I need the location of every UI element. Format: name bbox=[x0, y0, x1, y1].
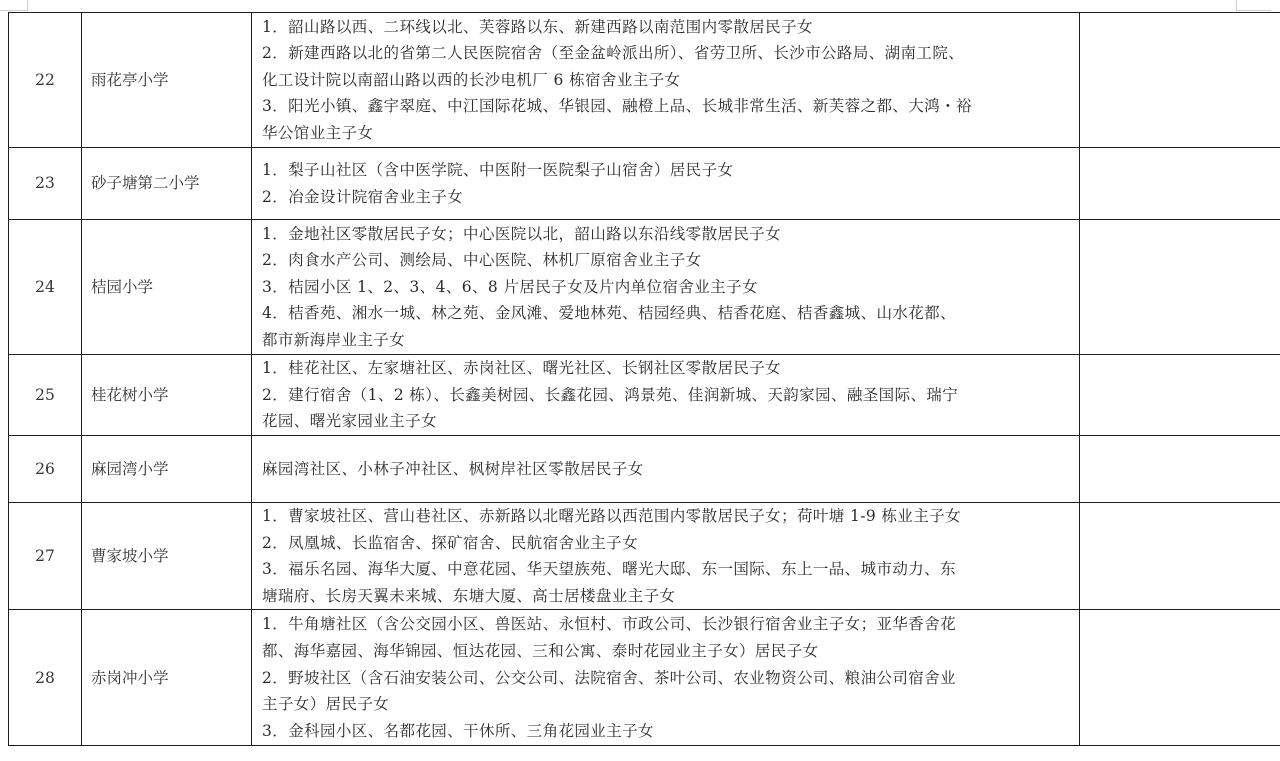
page-corner-mark-left bbox=[0, 0, 28, 11]
enrollment-area: 1．韶山路以西、二环线以北、芙蓉路以东、新建西路以南范围内零散居民子女 2．新建… bbox=[252, 13, 1080, 148]
table-row: 28 赤岗冲小学 1．牛角塘社区（含公交园小区、兽医站、永恒村、市政公司、长沙银… bbox=[9, 610, 1280, 746]
page-corner-mark-right bbox=[1236, 0, 1271, 11]
table-row: 27 曹家坡小学 1．曹家坡社区、营山巷社区、赤新路以北曙光路以西范围内零散居民… bbox=[9, 503, 1280, 610]
area-line: 3．福乐名园、海华大厦、中意花园、华天望族苑、曙光大邸、东一国际、东上一品、城市… bbox=[262, 556, 1073, 583]
area-line: 1．牛角塘社区（含公交园小区、兽医站、永恒村、市政公司、长沙银行宿舍业主子女；亚… bbox=[262, 611, 1073, 638]
area-line: 1．桂花社区、左家塘社区、赤岗社区、曙光社区、长钢社区零散居民子女 bbox=[262, 355, 1073, 382]
area-line: 2．肉食水产公司、测绘局、中心医院、林机厂原宿舍业主子女 bbox=[262, 247, 1073, 274]
school-name: 赤岗冲小学 bbox=[82, 610, 252, 746]
area-line: 2．野坡社区（含石油安装公司、公交公司、法院宿舍、茶叶公司、农业物资公司、粮油公… bbox=[262, 665, 1073, 692]
school-district-table: 22 雨花亭小学 1．韶山路以西、二环线以北、芙蓉路以东、新建西路以南范围内零散… bbox=[8, 12, 1280, 746]
enrollment-area: 麻园湾社区、小林子冲社区、枫树岸社区零散居民子女 bbox=[252, 436, 1080, 503]
row-number: 24 bbox=[9, 220, 82, 355]
area-line: 1．曹家坡社区、营山巷社区、赤新路以北曙光路以西范围内零散居民子女；荷叶塘 1-… bbox=[262, 503, 1073, 530]
area-line: 1．梨子山社区（含中医学院、中医附一医院梨子山宿舍）居民子女 bbox=[262, 157, 1073, 184]
row-number: 27 bbox=[9, 503, 82, 610]
area-line: 3．桔园小区 1、2、3、4、6、8 片居民子女及片内单位宿舍业主子女 bbox=[262, 274, 1073, 301]
area-line: 1．金地社区零散居民子女；中心医院以北，韶山路以东沿线零散居民子女 bbox=[262, 221, 1073, 248]
school-name: 麻园湾小学 bbox=[82, 436, 252, 503]
row-number: 26 bbox=[9, 436, 82, 503]
school-name: 桔园小学 bbox=[82, 220, 252, 355]
note-cell bbox=[1080, 503, 1280, 610]
enrollment-area: 1．曹家坡社区、营山巷社区、赤新路以北曙光路以西范围内零散居民子女；荷叶塘 1-… bbox=[252, 503, 1080, 610]
enrollment-area: 1．金地社区零散居民子女；中心医院以北，韶山路以东沿线零散居民子女 2．肉食水产… bbox=[252, 220, 1080, 355]
table-row: 25 桂花树小学 1．桂花社区、左家塘社区、赤岗社区、曙光社区、长钢社区零散居民… bbox=[9, 355, 1280, 436]
area-line: 主子女）居民子女 bbox=[262, 691, 1073, 718]
school-name: 曹家坡小学 bbox=[82, 503, 252, 610]
note-cell bbox=[1080, 220, 1280, 355]
note-cell bbox=[1080, 610, 1280, 746]
area-line: 3．阳光小镇、鑫宇翠庭、中江国际花城、华银园、融橙上品、长城非常生活、新芙蓉之都… bbox=[262, 93, 1073, 120]
area-line: 4．桔香苑、湘水一城、林之苑、金风滩、爱地林苑、桔园经典、桔香花庭、桔香鑫城、山… bbox=[262, 300, 1073, 327]
note-cell bbox=[1080, 436, 1280, 503]
table-row: 22 雨花亭小学 1．韶山路以西、二环线以北、芙蓉路以东、新建西路以南范围内零散… bbox=[9, 13, 1280, 148]
row-number: 25 bbox=[9, 355, 82, 436]
area-line: 3．金科园小区、名都花园、干休所、三角花园业主子女 bbox=[262, 718, 1073, 745]
note-cell bbox=[1080, 355, 1280, 436]
row-number: 22 bbox=[9, 13, 82, 148]
area-line: 2．冶金设计院宿舍业主子女 bbox=[262, 184, 1073, 211]
area-line: 1．韶山路以西、二环线以北、芙蓉路以东、新建西路以南范围内零散居民子女 bbox=[262, 14, 1073, 41]
row-number: 28 bbox=[9, 610, 82, 746]
area-line: 2．建行宿舍（1、2 栋）、长鑫美树园、长鑫花园、鸿景苑、佳润新城、天韵家园、融… bbox=[262, 382, 1073, 409]
school-name: 桂花树小学 bbox=[82, 355, 252, 436]
area-line: 都市新海岸业主子女 bbox=[262, 327, 1073, 354]
area-line: 华公馆业主子女 bbox=[262, 120, 1073, 147]
area-line: 塘瑞府、长房天翼未来城、东塘大厦、高士居楼盘业主子女 bbox=[262, 583, 1073, 610]
area-line: 都、海华嘉园、海华锦园、恒达花园、三和公寓、泰时花园业主子女）居民子女 bbox=[262, 638, 1073, 665]
table-row: 24 桔园小学 1．金地社区零散居民子女；中心医院以北，韶山路以东沿线零散居民子… bbox=[9, 220, 1280, 355]
area-line: 化工设计院以南韶山路以西的长沙电机厂 6 栋宿舍业主子女 bbox=[262, 67, 1073, 94]
area-line: 2．新建西路以北的省第二人民医院宿舍（至金盆岭派出所）、省劳卫所、长沙市公路局、… bbox=[262, 40, 1073, 67]
enrollment-area: 1．桂花社区、左家塘社区、赤岗社区、曙光社区、长钢社区零散居民子女 2．建行宿舍… bbox=[252, 355, 1080, 436]
area-line: 麻园湾社区、小林子冲社区、枫树岸社区零散居民子女 bbox=[262, 456, 1073, 483]
area-line: 花园、曙光家园业主子女 bbox=[262, 408, 1073, 435]
table-row: 26 麻园湾小学 麻园湾社区、小林子冲社区、枫树岸社区零散居民子女 bbox=[9, 436, 1280, 503]
enrollment-area: 1．梨子山社区（含中医学院、中医附一医院梨子山宿舍）居民子女 2．冶金设计院宿舍… bbox=[252, 148, 1080, 220]
enrollment-area: 1．牛角塘社区（含公交园小区、兽医站、永恒村、市政公司、长沙银行宿舍业主子女；亚… bbox=[252, 610, 1080, 746]
school-name: 雨花亭小学 bbox=[82, 13, 252, 148]
note-cell bbox=[1080, 148, 1280, 220]
school-name: 砂子塘第二小学 bbox=[82, 148, 252, 220]
table-row: 23 砂子塘第二小学 1．梨子山社区（含中医学院、中医附一医院梨子山宿舍）居民子… bbox=[9, 148, 1280, 220]
note-cell bbox=[1080, 13, 1280, 148]
row-number: 23 bbox=[9, 148, 82, 220]
area-line: 2．凤凰城、长监宿舍、探矿宿舍、民航宿舍业主子女 bbox=[262, 530, 1073, 557]
table-body: 22 雨花亭小学 1．韶山路以西、二环线以北、芙蓉路以东、新建西路以南范围内零散… bbox=[9, 13, 1280, 746]
